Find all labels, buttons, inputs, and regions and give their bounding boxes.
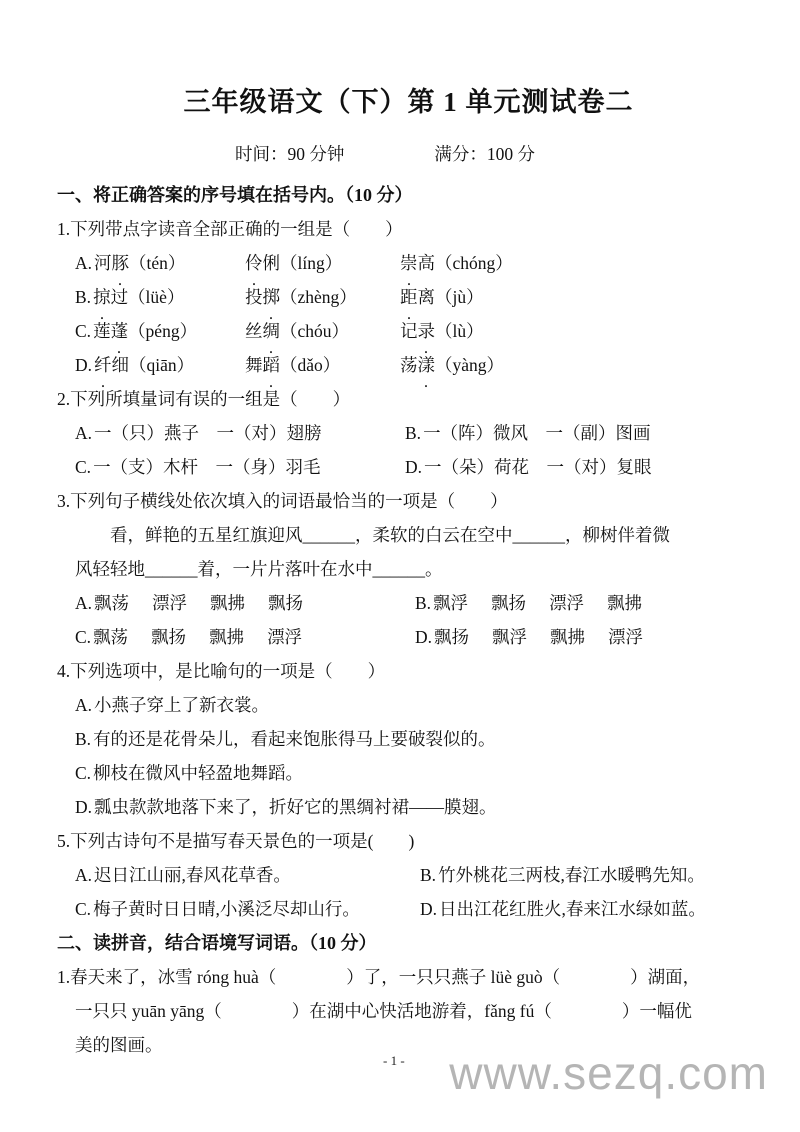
option-letter: D. xyxy=(75,355,92,375)
q1-option-a-word3: 崇高（chóng） xyxy=(400,246,760,280)
option-letter: D. xyxy=(75,797,92,817)
word-text: 舞 xyxy=(245,355,263,375)
word-pinyin: （péng） xyxy=(128,321,197,341)
dotted-char: 崇 xyxy=(400,246,418,280)
section1-heading: 一、将正确答案的序号填在括号内。（10 分） xyxy=(57,178,760,212)
q1-option-row-b: B.掠过（lüè） 投掷（zhèng） 距离（jù） xyxy=(75,280,760,314)
dotted-char: 蹈 xyxy=(263,348,281,382)
option-text: 瓢虫款款地落下来了，折好它的黑绸衬裙——膜翅。 xyxy=(94,797,497,817)
q3-passage-line2: 风轻轻地______着，一片片落叶在水中______。 xyxy=(75,552,760,586)
option-letter: D. xyxy=(420,899,437,919)
dotted-char: 掷 xyxy=(263,280,281,314)
q2-stem: 2.下列所填量词有误的一组是（ ） xyxy=(57,382,760,416)
q5-option-c: C.梅子黄时日日晴,小溪泛尽却山行。 xyxy=(75,892,420,926)
q3-option-row-1: A.飘荡漂浮飘拂飘扬 B.飘浮飘扬漂浮飘拂 xyxy=(75,586,760,620)
q1-option-a-word2: 伶俐（líng） xyxy=(245,246,400,280)
option-text: 日出江花红胜火,春来江水绿如蓝。 xyxy=(439,899,706,919)
dotted-char: 录 xyxy=(418,314,436,348)
option-letter: A. xyxy=(75,593,92,613)
watermark-text: www.sezq.com xyxy=(449,1046,768,1100)
option-text: 有的还是花骨朵儿，看起来饱胀得马上要破裂似的。 xyxy=(93,729,496,749)
word-text: 丝 xyxy=(245,321,263,341)
option-word: 飘荡 xyxy=(94,593,129,613)
option-word: 飘扬 xyxy=(434,627,469,647)
option-word: 飘浮 xyxy=(433,593,468,613)
option-letter: D. xyxy=(405,457,422,477)
q4-option-a: A.小燕子穿上了新衣裳。 xyxy=(75,688,760,722)
dotted-char: 蓬 xyxy=(111,314,129,348)
q3-passage-line1: 看，鲜艳的五星红旗迎风______，柔软的白云在空中______，柳树伴着微 xyxy=(75,518,760,552)
dotted-char: 掠 xyxy=(93,280,111,314)
option-word: 飘拂 xyxy=(607,593,642,613)
q2-option-row-2: C.一（支）木杆 一（身）羽毛 D.一（朵）荷花 一（对）复眼 xyxy=(75,450,760,484)
option-word: 飘扬 xyxy=(491,593,526,613)
q3-stem: 3.下列句子横线处依次填入的词语最恰当的一项是（ ） xyxy=(57,484,760,518)
section2-heading: 二、读拼音，结合语境写词语。（10 分） xyxy=(57,926,760,960)
q1-option-d-word1: D.纤细（qiān） xyxy=(75,348,245,382)
option-text: 竹外桃花三两枝,春江水暖鸭先知。 xyxy=(438,865,705,885)
q1-option-b-word3: 距离（jù） xyxy=(400,280,760,314)
word-pinyin: 离（jù） xyxy=(418,287,484,307)
option-letter: D. xyxy=(415,627,432,647)
paper-meta: 时间：90 分钟 满分：100 分 xyxy=(57,142,760,166)
option-letter: C. xyxy=(75,321,91,341)
option-letter: B. xyxy=(75,287,91,307)
dotted-char: 绸 xyxy=(263,314,281,348)
q4-option-c: C.柳枝在微风中轻盈地舞蹈。 xyxy=(75,756,760,790)
q3-option-row-2: C.飘荡飘扬飘拂漂浮 D.飘扬飘浮飘拂漂浮 xyxy=(75,620,760,654)
q3-option-a: A.飘荡漂浮飘拂飘扬 xyxy=(75,586,415,620)
q3-option-b: B.飘浮飘扬漂浮飘拂 xyxy=(415,586,760,620)
word-pinyin: 高（chóng） xyxy=(418,253,513,273)
option-text: 一（支）木杆 一（身）羽毛 xyxy=(93,457,321,477)
q1-option-d-word2: 舞蹈（dǎo） xyxy=(245,348,400,382)
q3-option-c: C.飘荡飘扬飘拂漂浮 xyxy=(75,620,415,654)
option-letter: B. xyxy=(420,865,436,885)
option-word: 漂浮 xyxy=(608,627,643,647)
q2-option-d: D.一（朵）荷花 一（对）复眼 xyxy=(405,450,760,484)
q5-option-row-1: A.迟日江山丽,春风花草香。 B.竹外桃花三两枝,春江水暖鸭先知。 xyxy=(75,858,760,892)
q5-option-row-2: C.梅子黄时日日晴,小溪泛尽却山行。 D.日出江花红胜火,春来江水绿如蓝。 xyxy=(75,892,760,926)
word-pinyin: （yàng） xyxy=(435,355,504,375)
option-letter: A. xyxy=(75,695,92,715)
dotted-char: 距 xyxy=(400,280,418,314)
option-letter: A. xyxy=(75,253,92,273)
q5-option-b: B.竹外桃花三两枝,春江水暖鸭先知。 xyxy=(420,858,760,892)
word-text: 投 xyxy=(245,287,263,307)
q4-stem: 4.下列选项中，是比喻句的一项是（ ） xyxy=(57,654,760,688)
q1-option-row-d: D.纤细（qiān） 舞蹈（dǎo） 荡漾（yàng） xyxy=(75,348,760,382)
option-letter: C. xyxy=(75,627,91,647)
option-letter: B. xyxy=(415,593,431,613)
word-pinyin: 过（lüè） xyxy=(111,287,185,307)
dotted-char: 豚 xyxy=(112,246,130,280)
option-text: 柳枝在微风中轻盈地舞蹈。 xyxy=(93,763,303,783)
q1-stem: 1.下列带点字读音全部正确的一组是（ ） xyxy=(57,212,760,246)
q1-option-b-word2: 投掷（zhèng） xyxy=(245,280,400,314)
option-word: 飘扬 xyxy=(151,627,186,647)
paper-content: 三年级语文（下）第 1 单元测试卷二 时间：90 分钟 满分：100 分 一、将… xyxy=(0,0,800,1062)
q2-option-row-1: A.一（只）燕子 一（对）翅膀 B.一（阵）微风 一（副）图画 xyxy=(75,416,760,450)
option-letter: C. xyxy=(75,763,91,783)
word-pinyin: （tén） xyxy=(129,253,185,273)
q1-option-a-word1: A.河豚（tén） xyxy=(75,246,245,280)
q2-option-c: C.一（支）木杆 一（身）羽毛 xyxy=(75,450,405,484)
q3-option-d: D.飘扬飘浮飘拂漂浮 xyxy=(415,620,760,654)
option-word: 漂浮 xyxy=(549,593,584,613)
word-pinyin: （lù） xyxy=(435,321,484,341)
q1-option-row-a: A.河豚（tén） 伶俐（líng） 崇高（chóng） xyxy=(75,246,760,280)
option-text: 一（只）燕子 一（对）翅膀 xyxy=(94,423,322,443)
option-word: 飘拂 xyxy=(210,593,245,613)
q5-stem: 5.下列古诗句不是描写春天景色的一项是( ) xyxy=(57,824,760,858)
word-pinyin: 俐（líng） xyxy=(263,253,343,273)
option-word: 飘扬 xyxy=(268,593,303,613)
option-letter: B. xyxy=(405,423,421,443)
q1-option-d-word3: 荡漾（yàng） xyxy=(400,348,760,382)
q1-option-c-word2: 丝绸（chóu） xyxy=(245,314,400,348)
word-text: 莲 xyxy=(93,321,111,341)
q4-option-d: D.瓢虫款款地落下来了，折好它的黑绸衬裙——膜翅。 xyxy=(75,790,760,824)
q5-option-d: D.日出江花红胜火,春来江水绿如蓝。 xyxy=(420,892,760,926)
word-pinyin: 细（qiān） xyxy=(112,355,195,375)
option-word: 漂浮 xyxy=(152,593,187,613)
full-score-label: 满分：100 分 xyxy=(434,142,535,166)
time-limit-label: 时间：90 分钟 xyxy=(235,142,344,166)
dotted-char: 漾 xyxy=(418,348,436,382)
option-letter: A. xyxy=(75,865,92,885)
word-pinyin: （dǎo） xyxy=(280,355,340,375)
option-word: 飘荡 xyxy=(93,627,128,647)
section2-q1-line1: 1.春天来了，冰雪 róng huà（ ）了，一只只燕子 lüè guò（ ）湖… xyxy=(57,960,760,994)
dotted-char: 伶 xyxy=(245,246,263,280)
word-pinyin: （chóu） xyxy=(280,321,349,341)
option-word: 飘拂 xyxy=(209,627,244,647)
page-number: - 1 - xyxy=(383,1053,405,1069)
q4-option-b: B.有的还是花骨朵儿，看起来饱胀得马上要破裂似的。 xyxy=(75,722,760,756)
option-letter: B. xyxy=(75,729,91,749)
q2-option-a: A.一（只）燕子 一（对）翅膀 xyxy=(75,416,405,450)
option-text: 一（阵）微风 一（副）图画 xyxy=(423,423,651,443)
word-text: 荡 xyxy=(400,355,418,375)
word-pinyin: （zhèng） xyxy=(280,287,357,307)
option-letter: C. xyxy=(75,457,91,477)
q2-option-b: B.一（阵）微风 一（副）图画 xyxy=(405,416,760,450)
option-text: 迟日江山丽,春风花草香。 xyxy=(94,865,291,885)
option-text: 梅子黄时日日晴,小溪泛尽却山行。 xyxy=(93,899,360,919)
dotted-char: 纤 xyxy=(94,348,112,382)
word-text: 河 xyxy=(94,253,112,273)
test-paper-page: 三年级语文（下）第 1 单元测试卷二 时间：90 分钟 满分：100 分 一、将… xyxy=(0,0,800,1132)
q1-option-row-c: C.莲蓬（péng） 丝绸（chóu） 记录（lù） xyxy=(75,314,760,348)
page-title: 三年级语文（下）第 1 单元测试卷二 xyxy=(57,84,760,120)
option-text: 一（朵）荷花 一（对）复眼 xyxy=(424,457,652,477)
option-word: 飘拂 xyxy=(550,627,585,647)
option-letter: A. xyxy=(75,423,92,443)
section2-q1-line2: 一只只 yuān yāng（ ）在湖中心快活地游着，fǎng fú（ ）一幅优 xyxy=(75,994,760,1028)
word-text: 记 xyxy=(400,321,418,341)
option-letter: C. xyxy=(75,899,91,919)
option-word: 漂浮 xyxy=(267,627,302,647)
q1-option-b-word1: B.掠过（lüè） xyxy=(75,280,245,314)
option-text: 小燕子穿上了新衣裳。 xyxy=(94,695,269,715)
option-word: 飘浮 xyxy=(492,627,527,647)
q1-option-c-word3: 记录（lù） xyxy=(400,314,760,348)
q5-option-a: A.迟日江山丽,春风花草香。 xyxy=(75,858,420,892)
